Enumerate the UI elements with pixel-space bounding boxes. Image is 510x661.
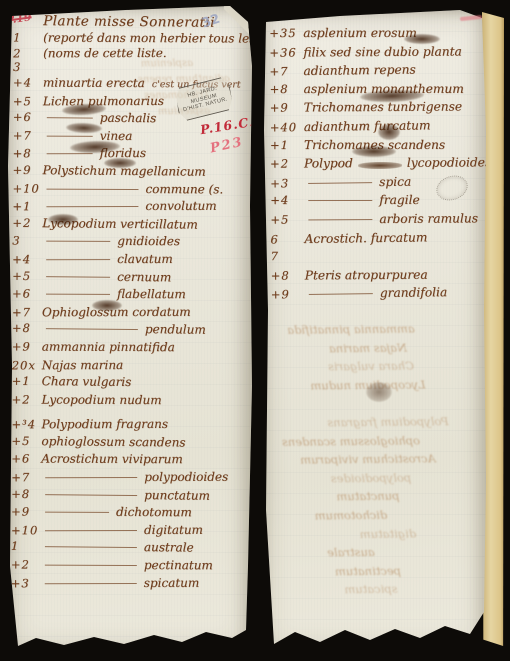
list-row: +2Polypodlycopodioides	[270, 155, 498, 175]
row-text: punctatum	[144, 488, 210, 503]
row-number: +7	[13, 128, 43, 142]
ditto-dash	[46, 188, 138, 189]
row-text: asplenium erosum	[303, 26, 417, 40]
row-number: +4	[12, 252, 42, 266]
ink-blot	[378, 124, 400, 140]
list-row: +9Polystichum magellanicum	[12, 163, 258, 183]
row-text: Polypodium fragrans	[41, 417, 168, 431]
list-row: +2pectinatum	[11, 558, 257, 577]
bleedthrough-text: dichotomum	[268, 507, 468, 528]
bleedthrough-block: ammannia pinnatifidaNajas marinaChara vu…	[268, 322, 468, 601]
list-row: +9dichotomum	[11, 505, 257, 524]
row-number: +40	[270, 120, 304, 134]
bleedthrough-text: Polypodium fragrans	[268, 414, 468, 435]
ditto-dash	[45, 530, 137, 531]
row-number: +5	[270, 212, 304, 226]
row-text: digitatum	[144, 523, 203, 537]
row-text: Acrostichum viviparum	[41, 452, 183, 467]
list-row: +10digitatum	[11, 523, 257, 541]
row-text: arboris ramulus	[379, 211, 478, 226]
row-number: +9	[270, 101, 304, 115]
row-text: Polypod	[304, 156, 353, 170]
list-row: +10commune (s.	[12, 181, 258, 200]
row-text: Chara vulgaris	[42, 374, 132, 389]
list-row: +6Acrostichum viviparum	[11, 452, 257, 471]
row-number: 7	[271, 249, 305, 263]
bleedthrough-text: spicatum	[268, 581, 468, 602]
row-number: +10	[12, 181, 42, 195]
bleedthrough-text: punctatum	[268, 488, 468, 509]
list-row: 1(reporté dans mon herbier tous les)	[13, 30, 259, 46]
row-number: 3	[12, 234, 42, 248]
row-number: +7	[12, 305, 42, 319]
ditto-dash	[46, 276, 110, 278]
ditto-dash	[45, 494, 137, 496]
ditto-dash	[47, 135, 93, 136]
row-number: +9	[12, 339, 42, 353]
bleedthrough-text: digitatum	[268, 525, 468, 546]
row-text: adianthum furcatum	[304, 118, 431, 134]
row-text: australe	[144, 541, 194, 555]
list-row: +6flabellatum	[12, 287, 258, 306]
ink-blot	[366, 382, 392, 402]
ink-blot	[404, 34, 440, 44]
row-text: cernuum	[117, 269, 171, 284]
list-row: +4fragile	[270, 193, 498, 212]
row-number: +9	[11, 505, 41, 519]
ditto-dash	[46, 294, 110, 295]
row-number: +8	[12, 321, 42, 335]
row-number: +3	[11, 576, 41, 590]
bleedthrough-text: Najas marina	[268, 340, 468, 361]
list-row: Plante misse Sonneratii	[13, 13, 259, 32]
row-number: +2	[12, 392, 42, 406]
row-number: +8	[270, 82, 304, 96]
ditto-dash	[47, 117, 93, 118]
left-manuscript-page: aspleniumadianthum repensTrichomanesaspl…	[6, 6, 252, 654]
list-row: +1Chara vulgaris	[12, 374, 258, 394]
ditto-dash	[47, 154, 93, 155]
row-text: flabellatum	[117, 287, 186, 301]
list-row: 1australe	[11, 539, 257, 559]
row-text: lycopodioides	[407, 155, 491, 170]
list-row: +35asplenium erosum	[269, 26, 497, 45]
row-number: +5	[11, 434, 41, 448]
row-number: +2	[11, 558, 41, 572]
row-number: +6	[12, 287, 42, 301]
ditto-dash	[46, 259, 110, 260]
row-number: +35	[269, 26, 303, 40]
right-manuscript-page: ammannia pinnatifidaNajas marinaChara vu…	[260, 10, 488, 654]
row-text: polypodioides	[144, 470, 228, 484]
list-row: 3	[13, 60, 259, 77]
list-row: +7polypodioides	[11, 470, 257, 488]
row-text: fragile	[379, 193, 419, 207]
row-number: 6	[270, 232, 304, 246]
ditto-dash	[308, 182, 372, 184]
list-row: 7	[271, 249, 499, 268]
row-number: +36	[269, 45, 303, 59]
row-number: 20x	[12, 358, 42, 372]
ink-blot	[48, 214, 78, 225]
ditto-dash	[309, 293, 373, 295]
row-number: 1	[13, 30, 43, 44]
ditto-dash	[46, 206, 138, 207]
ditto-dash	[46, 328, 138, 330]
row-number: 2	[13, 46, 43, 60]
bleedthrough-text: ammannia pinnatifida	[268, 321, 468, 342]
ink-blot	[352, 146, 396, 157]
row-text: (reporté dans mon herbier tous les)	[43, 31, 260, 46]
manuscript-scan: aspleniumadianthum repensTrichomanesaspl…	[0, 0, 510, 661]
row-number: +7	[11, 470, 41, 484]
list-row: +9ammannia pinnatifida	[12, 339, 258, 358]
row-number: 3	[13, 60, 43, 74]
row-number: +4	[13, 75, 43, 89]
list-row: +1convolutum	[12, 199, 258, 217]
row-text: commune (s.	[145, 182, 223, 196]
row-text: (noms de cette liste.	[43, 46, 167, 60]
ditto-dash	[46, 241, 110, 242]
row-text: convolutum	[145, 199, 216, 213]
bleedthrough-text: ophioglossum scandens	[268, 433, 468, 454]
list-row: +9Trichomanes tunbrigense	[270, 100, 498, 120]
row-text: pendulum	[145, 322, 206, 337]
list-row: 2(noms de cette liste.	[13, 46, 259, 62]
list-row: +7adianthum repens	[269, 62, 497, 84]
list-row: +7Ophioglossum cordatum	[12, 304, 258, 322]
row-text: Plante misse Sonneratii	[43, 13, 215, 31]
list-row: +5arboris ramulus	[270, 211, 498, 231]
right-page-list: +35asplenium erosum+36filix sed sine dub…	[259, 9, 499, 305]
row-number: +5	[12, 268, 42, 282]
row-number: +7	[269, 64, 303, 78]
list-row: +8punctatum	[11, 486, 257, 506]
list-row: +8pendulum	[12, 321, 258, 341]
row-number: +2	[12, 216, 42, 230]
list-row: +9grandifolia	[271, 285, 499, 307]
list-row: +2Lycopodium nudum	[12, 392, 258, 411]
row-number: +4	[270, 193, 304, 207]
list-row: 6Acrostich. furcatum	[270, 229, 498, 251]
row-number: 1	[11, 539, 41, 553]
list-row: +5ophioglossum scandens	[11, 434, 257, 454]
ditto-dash	[308, 200, 372, 201]
row-text: adianthum repens	[303, 63, 415, 78]
row-text: Lycopodium nudum	[42, 392, 162, 407]
row-text: filix sed sine dubio planta	[303, 44, 462, 59]
row-number: +5	[13, 94, 43, 108]
row-number: +³4	[11, 418, 41, 432]
row-number: +8	[11, 486, 41, 500]
list-row: +3spicatum	[11, 575, 257, 593]
row-text: minuartia erecta	[43, 76, 145, 90]
ditto-dash	[45, 583, 137, 584]
row-number: +10	[11, 523, 41, 537]
row-text: Acrostich. furcatum	[304, 230, 427, 246]
row-text: gnidioides	[117, 234, 180, 248]
row-number: +8	[13, 147, 43, 161]
bleedthrough-text: australe	[268, 544, 468, 565]
row-text: Najas marina	[42, 358, 124, 372]
row-number: +6	[13, 110, 43, 124]
row-number: +9	[13, 163, 43, 177]
bleedthrough-text: Acrostichum viviparum	[268, 451, 468, 472]
row-text: ophioglossum scandens	[41, 434, 185, 449]
row-number: +1	[12, 374, 42, 388]
next-page-edge	[482, 12, 504, 646]
bleedthrough-text: pectinatum	[268, 563, 468, 584]
row-number: +9	[271, 287, 305, 301]
row-number: +1	[12, 199, 42, 213]
list-row: +5cernuum	[12, 268, 258, 288]
ditto-dash	[45, 547, 137, 549]
ditto-dash	[45, 512, 109, 513]
row-number: +8	[271, 268, 305, 282]
ditto-dash	[308, 219, 372, 220]
row-text: spicatum	[144, 575, 200, 589]
bleedthrough-text: Chara vulgaris	[268, 358, 468, 379]
list-row: +36filix sed sine dubio planta	[269, 44, 497, 64]
row-text: grandifolia	[380, 285, 448, 300]
row-number: +1	[270, 138, 304, 152]
bleedthrough-text	[268, 395, 468, 416]
struck-out-word	[358, 162, 402, 169]
row-number: +6	[11, 452, 41, 466]
row-number: +2	[270, 157, 304, 171]
row-text: clavatum	[117, 252, 173, 266]
row-text: pectinatum	[144, 558, 213, 572]
ditto-dash	[45, 565, 137, 566]
row-number: +3	[270, 176, 304, 190]
ink-blot	[104, 158, 136, 168]
list-row: +³4Polypodium fragrans	[11, 417, 257, 435]
list-row: 3gnidioides	[12, 234, 258, 253]
list-row: 20xNajas marina	[12, 357, 258, 375]
row-text: ammannia pinnatifida	[42, 340, 175, 355]
row-text: paschalis	[100, 111, 157, 126]
ditto-dash	[45, 477, 137, 478]
row-text: Pteris atropurpurea	[305, 267, 428, 282]
row-text: dichotomum	[116, 505, 192, 519]
list-row: +4clavatum	[12, 252, 258, 270]
ink-blot	[92, 300, 122, 311]
row-text: spica	[379, 174, 411, 188]
bleedthrough-text: polypodioides	[268, 470, 468, 491]
